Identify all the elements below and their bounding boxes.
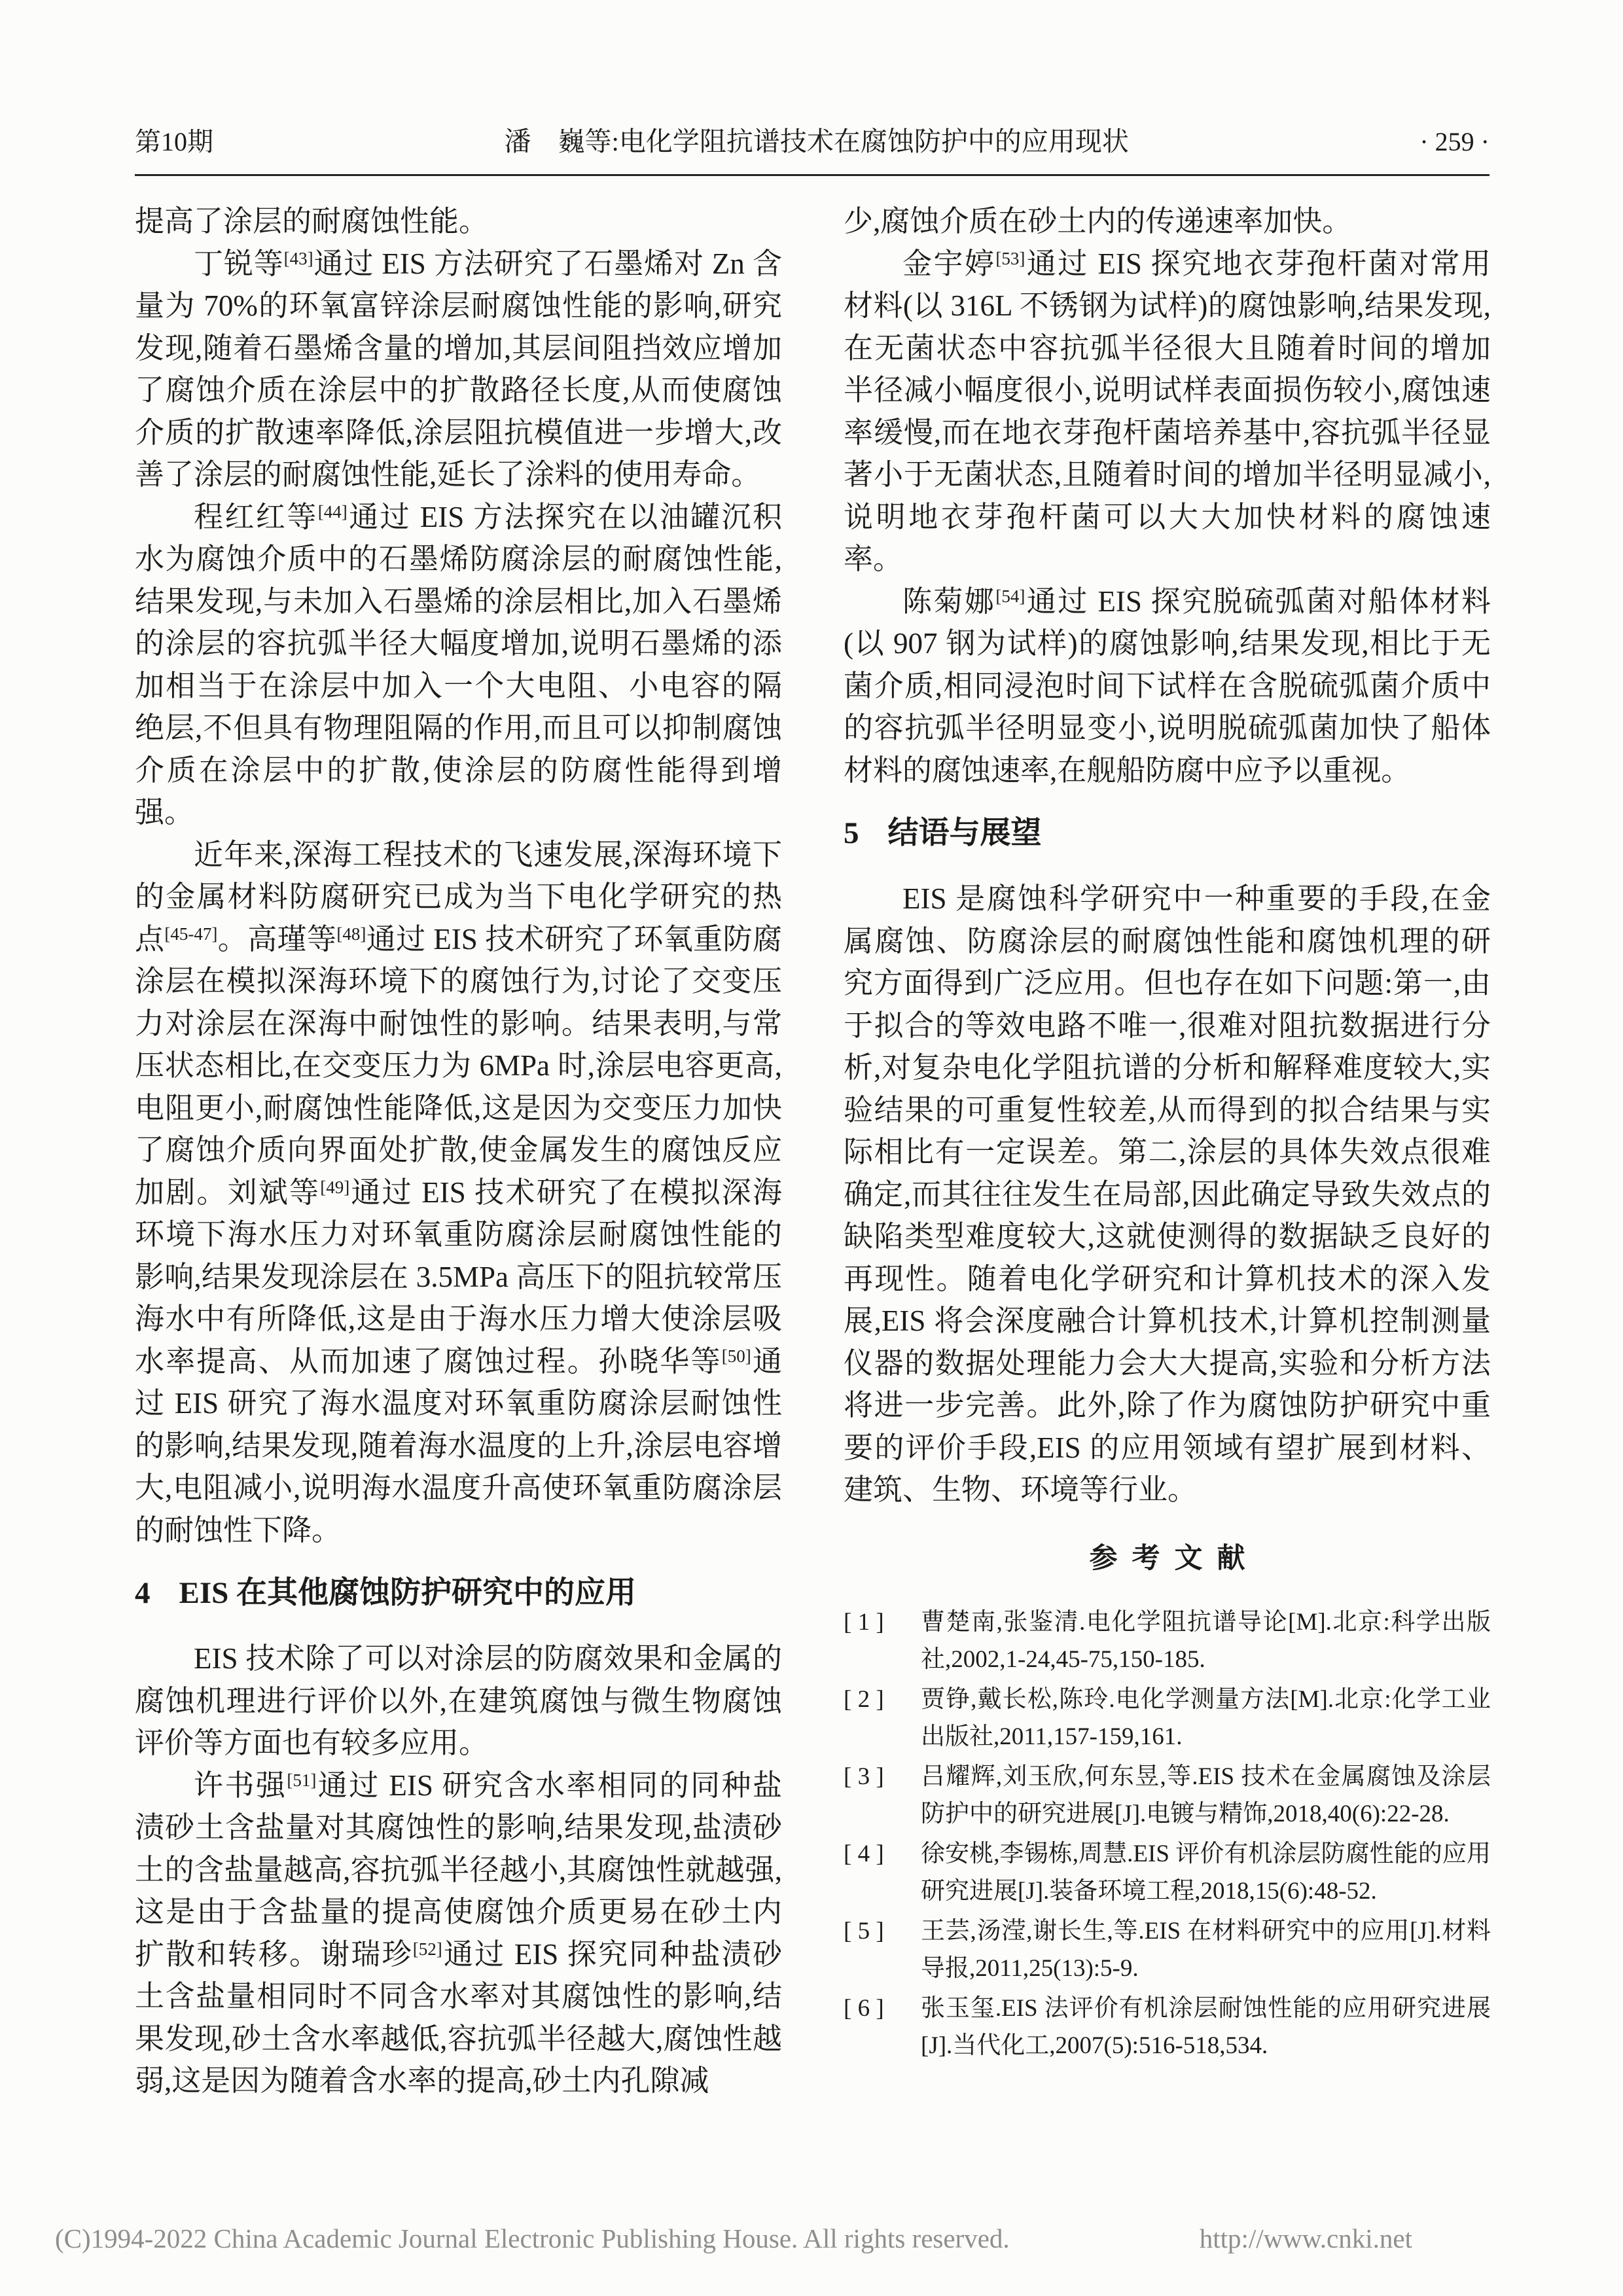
body-paragraph: EIS 是腐蚀科学研究中一种重要的手段,在金属腐蚀、防腐涂层的耐腐蚀性能和腐蚀机… [844,878,1491,1511]
reference-number: [ 6 ] [844,1990,884,2028]
body-paragraph: EIS 技术除了可以对涂层的防腐效果和金属的腐蚀机理进行评价以外,在建筑腐蚀与微… [135,1638,782,1765]
citation-superscript: [53] [995,249,1025,268]
copyright-text: (C)1994-2022 China Academic Journal Elec… [55,2223,1010,2254]
references-heading: 参考文献 [844,1536,1491,1576]
reference-number: [ 1 ] [844,1604,884,1641]
running-title: 潘 巍等:电化学阻抗谱技术在腐蚀防护中的应用现状 [504,128,1128,155]
body-paragraph: 程红红等[44]通过 EIS 方法探究在以油罐沉积水为腐蚀介质中的石墨烯防腐涂层… [135,496,782,834]
citation-superscript: [44] [318,502,348,522]
section-number: 5 [844,816,859,850]
citation-superscript: [52] [413,1939,442,1959]
body-paragraph: 许书强[51]通过 EIS 研究含水率相同的同种盐渍砂土含盐量对其腐蚀性的影响,… [135,1765,782,2102]
right-column: 少,腐蚀介质在砂土内的传递速率加快。金宇婷[53]通过 EIS 探究地衣芽孢杆菌… [844,200,1491,2102]
section-heading: 5结语与展望 [844,814,1491,853]
body-paragraph: 金宇婷[53]通过 EIS 探究地衣芽孢杆菌对常用材料(以 316L 不锈钢为试… [844,243,1491,581]
header-rule [135,174,1489,176]
citation-superscript: [54] [995,586,1025,606]
page-number: · 259 · [1419,129,1489,155]
reference-text: 张玉玺.EIS 法评价有机涂层耐蚀性能的应用研究进展[J].当代化工,2007(… [921,1995,1491,2060]
body-paragraph: 提高了涂层的耐腐蚀性能。 [135,200,782,243]
content-columns: 提高了涂层的耐腐蚀性能。丁锐等[43]通过 EIS 方法研究了石墨烯对 Zn 含… [135,200,1491,2102]
body-paragraph: 近年来,深海工程技术的飞速发展,深海环境下的金属材料防腐研究已成为当下电化学研究… [135,834,782,1552]
issue-label: 第10期 [135,129,213,155]
reference-item: [ 3 ]吕耀辉,刘玉欣,何东昱,等.EIS 技术在金属腐蚀及涂层防护中的研究进… [844,1758,1491,1833]
body-paragraph: 丁锐等[43]通过 EIS 方法研究了石墨烯对 Zn 含量为 70%的环氧富锌涂… [135,243,782,496]
reference-number: [ 4 ] [844,1835,884,1873]
left-column: 提高了涂层的耐腐蚀性能。丁锐等[43]通过 EIS 方法研究了石墨烯对 Zn 含… [135,200,782,2102]
reference-item: [ 4 ]徐安桃,李锡栋,周慧.EIS 评价有机涂层防腐性能的应用研究进展[J]… [844,1835,1491,1910]
citation-superscript: [49] [320,1177,349,1197]
reference-number: [ 5 ] [844,1912,884,1950]
page-header: 第10期 潘 巍等:电化学阻抗谱技术在腐蚀防护中的应用现状 · 259 · [135,128,1489,155]
reference-text: 王芸,汤滢,谢长生,等.EIS 在材料研究中的应用[J].材料导报,2011,2… [921,1918,1491,1982]
cnki-url: http://www.cnki.net [1200,2223,1412,2254]
citation-superscript: [50] [722,1346,751,1366]
citation-superscript: [43] [284,249,313,268]
reference-number: [ 2 ] [844,1681,884,1719]
journal-page: 第10期 潘 巍等:电化学阻抗谱技术在腐蚀防护中的应用现状 · 259 · 提高… [0,0,1623,2296]
reference-text: 徐安桃,李锡栋,周慧.EIS 评价有机涂层防腐性能的应用研究进展[J].装备环境… [921,1840,1491,1905]
section-title: 结语与展望 [888,816,1042,850]
reference-item: [ 6 ]张玉玺.EIS 法评价有机涂层耐蚀性能的应用研究进展[J].当代化工,… [844,1990,1491,2065]
citation-superscript: [48] [336,924,366,944]
reference-text: 贾铮,戴长松,陈玲.电化学测量方法[M].北京:化学工业出版社,2011,157… [921,1686,1491,1751]
section-title: EIS 在其他腐蚀防护研究中的应用 [179,1576,637,1610]
reference-item: [ 1 ]曹楚南,张鉴清.电化学阻抗谱导论[M].北京:科学出版社,2002,1… [844,1604,1491,1679]
body-paragraph: 少,腐蚀介质在砂土内的传递速率加快。 [844,200,1491,243]
citation-superscript: [45-47] [164,924,217,944]
body-paragraph: 陈菊娜[54]通过 EIS 探究脱硫弧菌对船体材料(以 907 钢为试样)的腐蚀… [844,581,1491,792]
reference-item: [ 2 ]贾铮,戴长松,陈玲.电化学测量方法[M].北京:化学工业出版社,201… [844,1681,1491,1756]
page-footer: (C)1994-2022 China Academic Journal Elec… [55,2223,1412,2254]
citation-superscript: [51] [287,1770,316,1790]
reference-item: [ 5 ]王芸,汤滢,谢长生,等.EIS 在材料研究中的应用[J].材料导报,2… [844,1912,1491,1988]
section-heading: 4EIS 在其他腐蚀防护研究中的应用 [135,1573,782,1613]
reference-text: 曹楚南,张鉴清.电化学阻抗谱导论[M].北京:科学出版社,2002,1-24,4… [921,1609,1491,1674]
reference-text: 吕耀辉,刘玉欣,何东昱,等.EIS 技术在金属腐蚀及涂层防护中的研究进展[J].… [921,1763,1491,1828]
section-number: 4 [135,1576,151,1610]
reference-number: [ 3 ] [844,1758,884,1796]
